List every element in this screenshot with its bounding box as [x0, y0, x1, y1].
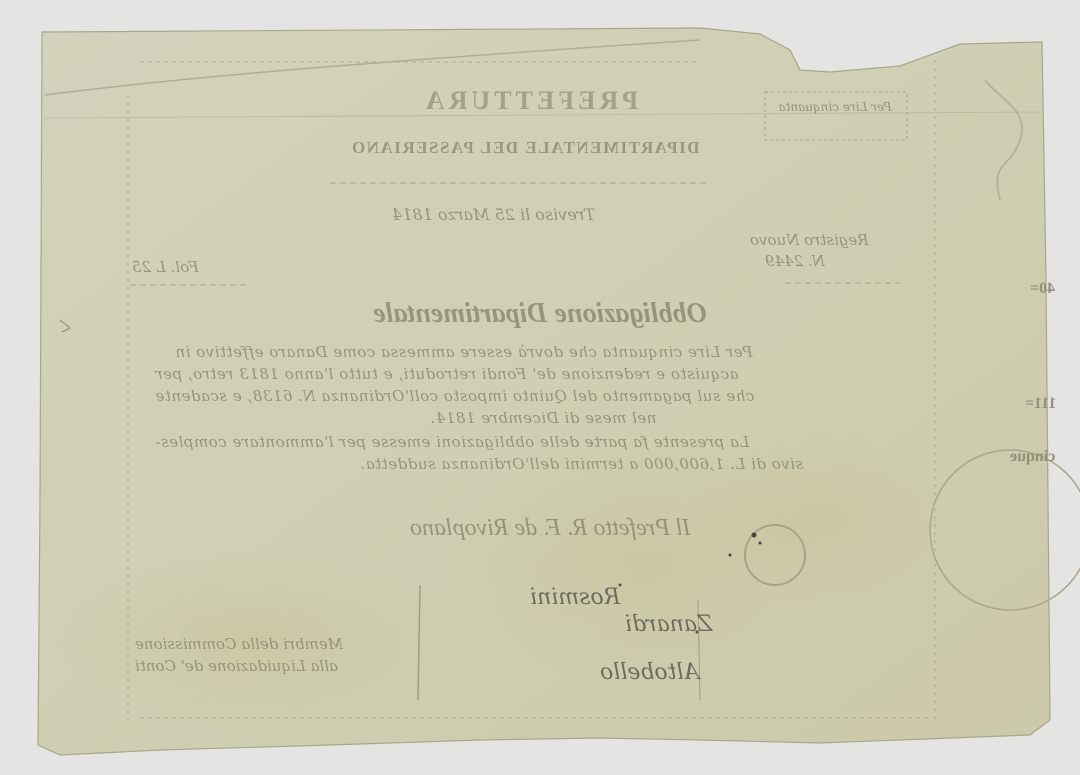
document-photo: PREFETTURA DIPARTIMENTALE DEL PASSERIANO… [0, 0, 1080, 775]
folio: Fol. L 25 [132, 258, 199, 276]
signature: Rosmini [530, 585, 620, 610]
signature: Altobello [600, 660, 699, 685]
margin-mark: cinque [1010, 448, 1055, 466]
body-line: acquisto e redenzione de' Fondi retrodut… [155, 365, 739, 383]
corner-box-text: Per Lire cinquanta [770, 100, 900, 114]
footer-line: Membri della Commissione [135, 635, 343, 653]
body-line: Per Lire cinquanta che dovrà essere amme… [175, 343, 753, 361]
body-line: nel mese di Dicembre 1814. [430, 409, 656, 427]
register-number: N. 2449 [765, 252, 825, 270]
header-prefettura: PREFETTURA [380, 86, 680, 116]
date-line: Treviso li 25 Marzo 1814 [392, 205, 595, 224]
body-line: La presente fa parte delle obbligazioni … [155, 433, 749, 451]
margin-mark: 111= [1025, 395, 1056, 413]
body-line: sivo di L. 1,600,000 a termini dell'Ordi… [360, 455, 803, 473]
prefect-line: Il Prefetto R. F. de Rivoplano [410, 515, 691, 542]
document-title: Obbligazione Dipartimentale [310, 298, 770, 330]
register-label: Registro Nuovo [750, 231, 869, 249]
margin-mark: 40= [1030, 280, 1055, 298]
footer-line: alla Liquidazione de' Conti [135, 657, 338, 675]
signature: Zanardi [625, 612, 712, 637]
body-line: che sul pagamento del Quinto imposto col… [155, 387, 754, 405]
header-dipartimento: DIPARTIMENTALE DEL PASSERIANO [285, 138, 765, 158]
